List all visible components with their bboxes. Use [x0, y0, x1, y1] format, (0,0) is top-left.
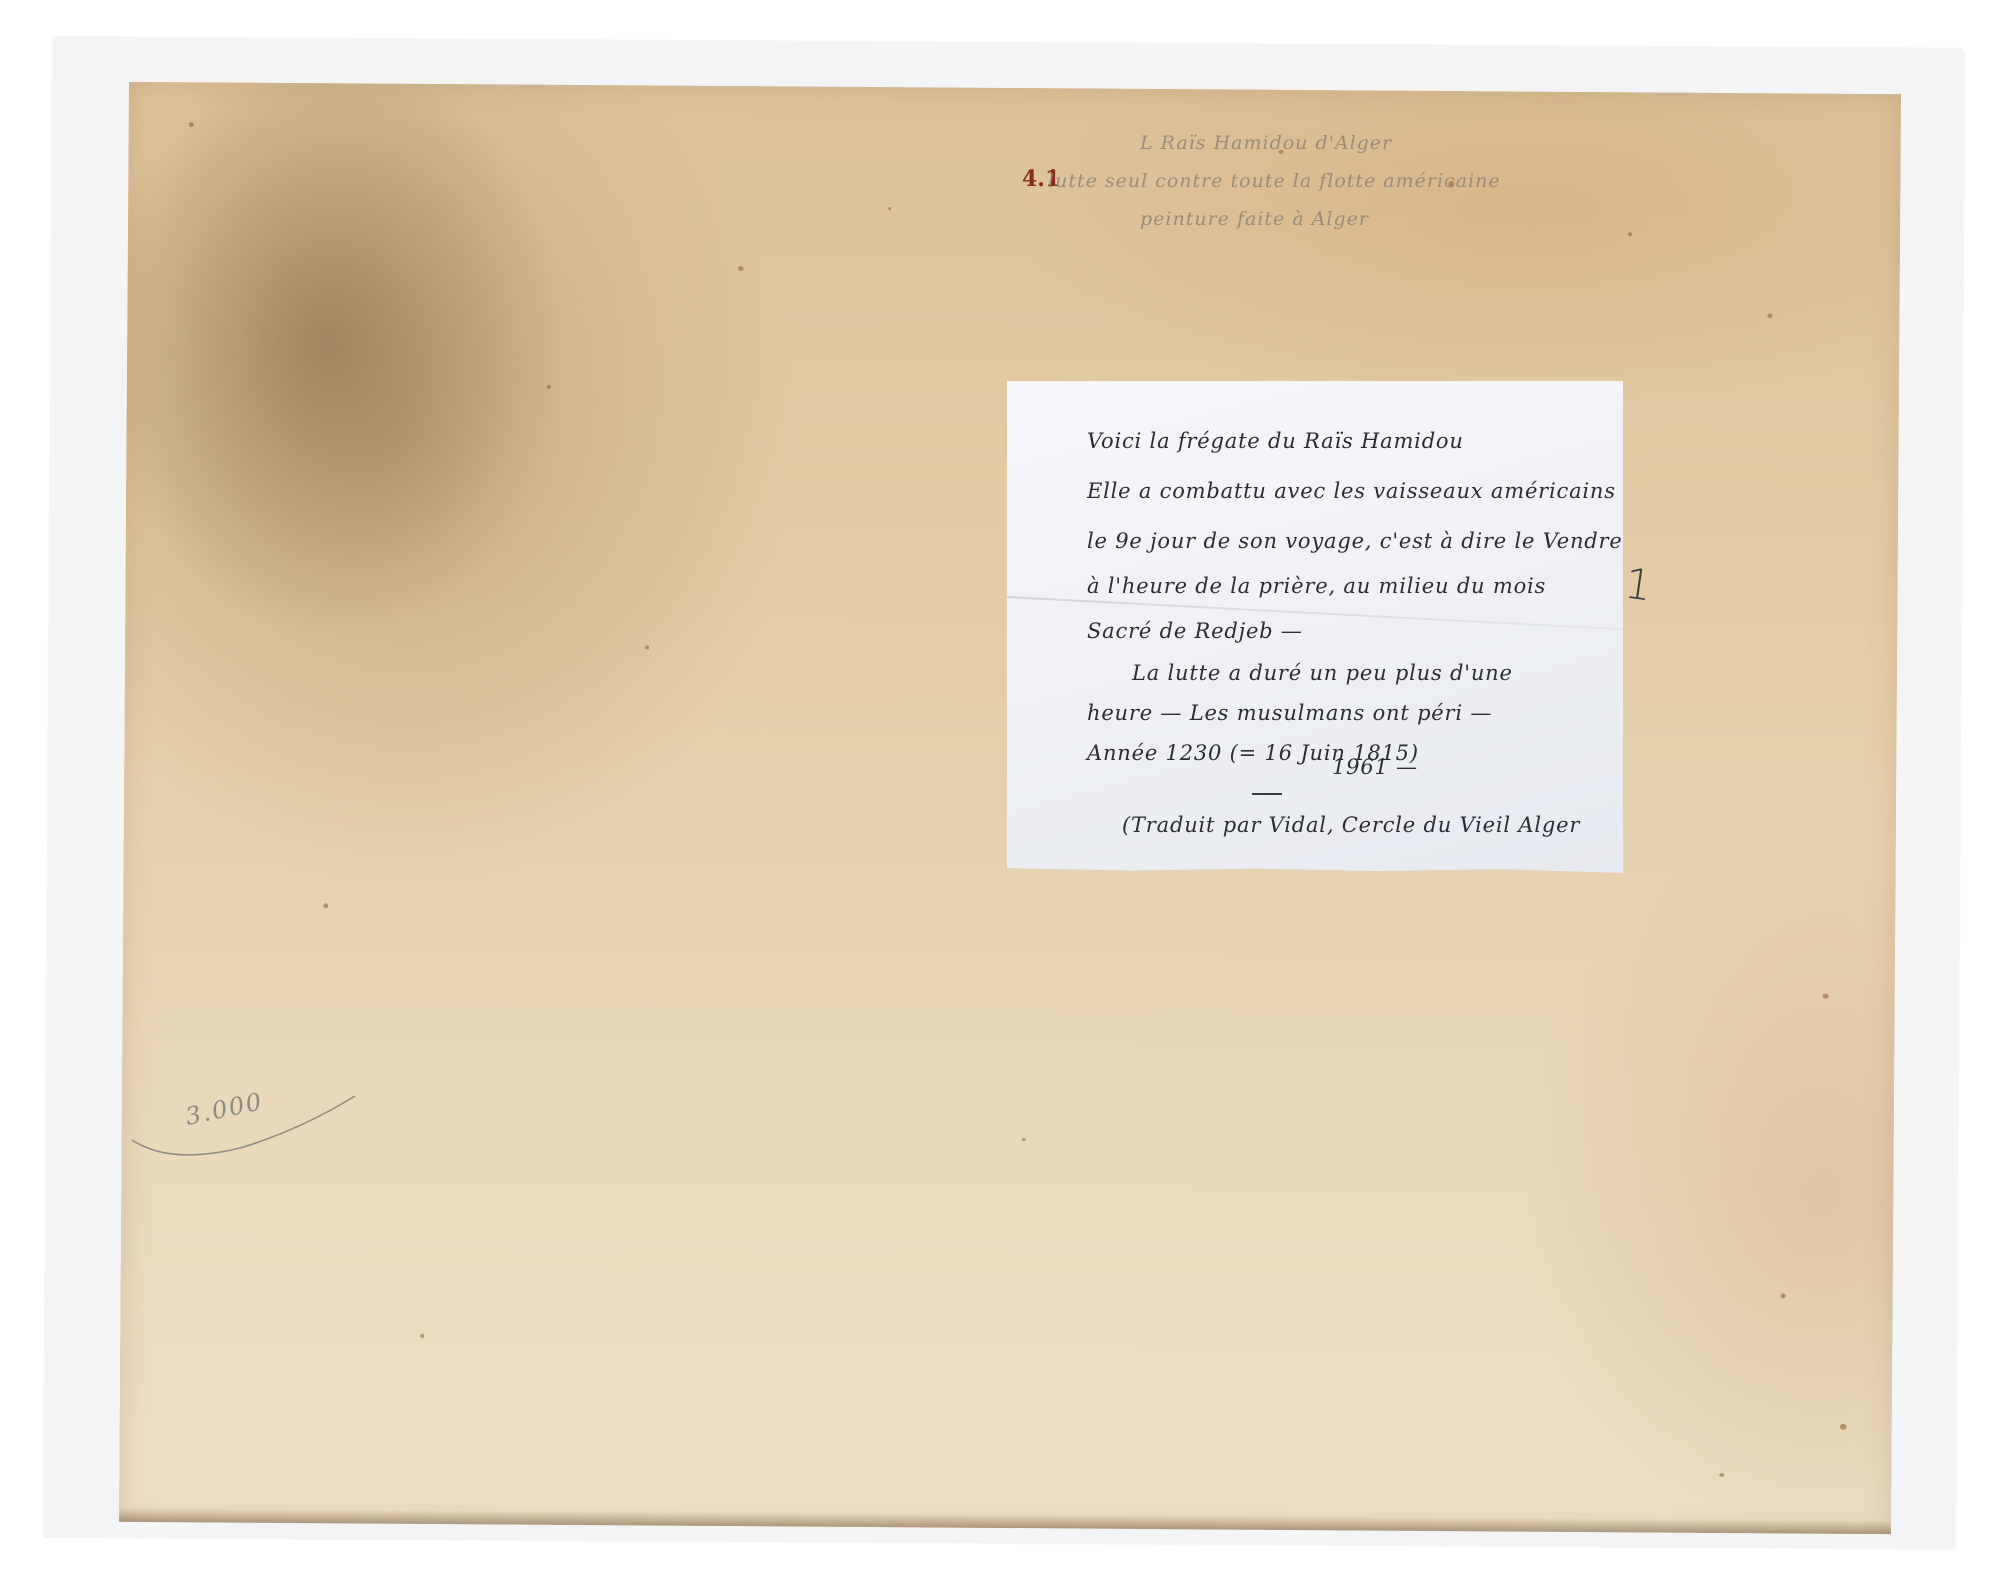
inscription-line-2: lutte seul contre toute la flotte améric…: [1048, 170, 1501, 192]
note-line: Voici la frégate du Raïs Hamidou: [1087, 429, 1464, 453]
note-year-visible: 1961 —: [1332, 755, 1418, 779]
inscription-line-3: peinture faite à Alger: [1140, 208, 1369, 230]
note-attribution: (Traduit par Vidal, Cercle du Vieil Alge…: [1122, 813, 1580, 837]
note-line: le 9e jour de son voyage, c'est à dire l…: [1087, 529, 1644, 553]
note-line: Sacré de Redjeb —: [1087, 619, 1303, 643]
note-divider: [1252, 793, 1282, 795]
note-line: à l'heure de la prière, au milieu du moi…: [1087, 574, 1546, 598]
inscription-line-1: L Raïs Hamidou d'Alger: [1140, 132, 1392, 154]
attached-handwritten-note: Voici la frégate du Raïs Hamidou Elle a …: [1007, 381, 1623, 873]
note-line: La lutte a duré un peu plus d'une: [1132, 661, 1513, 685]
note-line: Elle a combattu avec les vaisseaux améri…: [1087, 479, 1616, 503]
price-underline-curve: [130, 1090, 360, 1160]
note-line: heure — Les musulmans ont péri —: [1087, 701, 1492, 725]
